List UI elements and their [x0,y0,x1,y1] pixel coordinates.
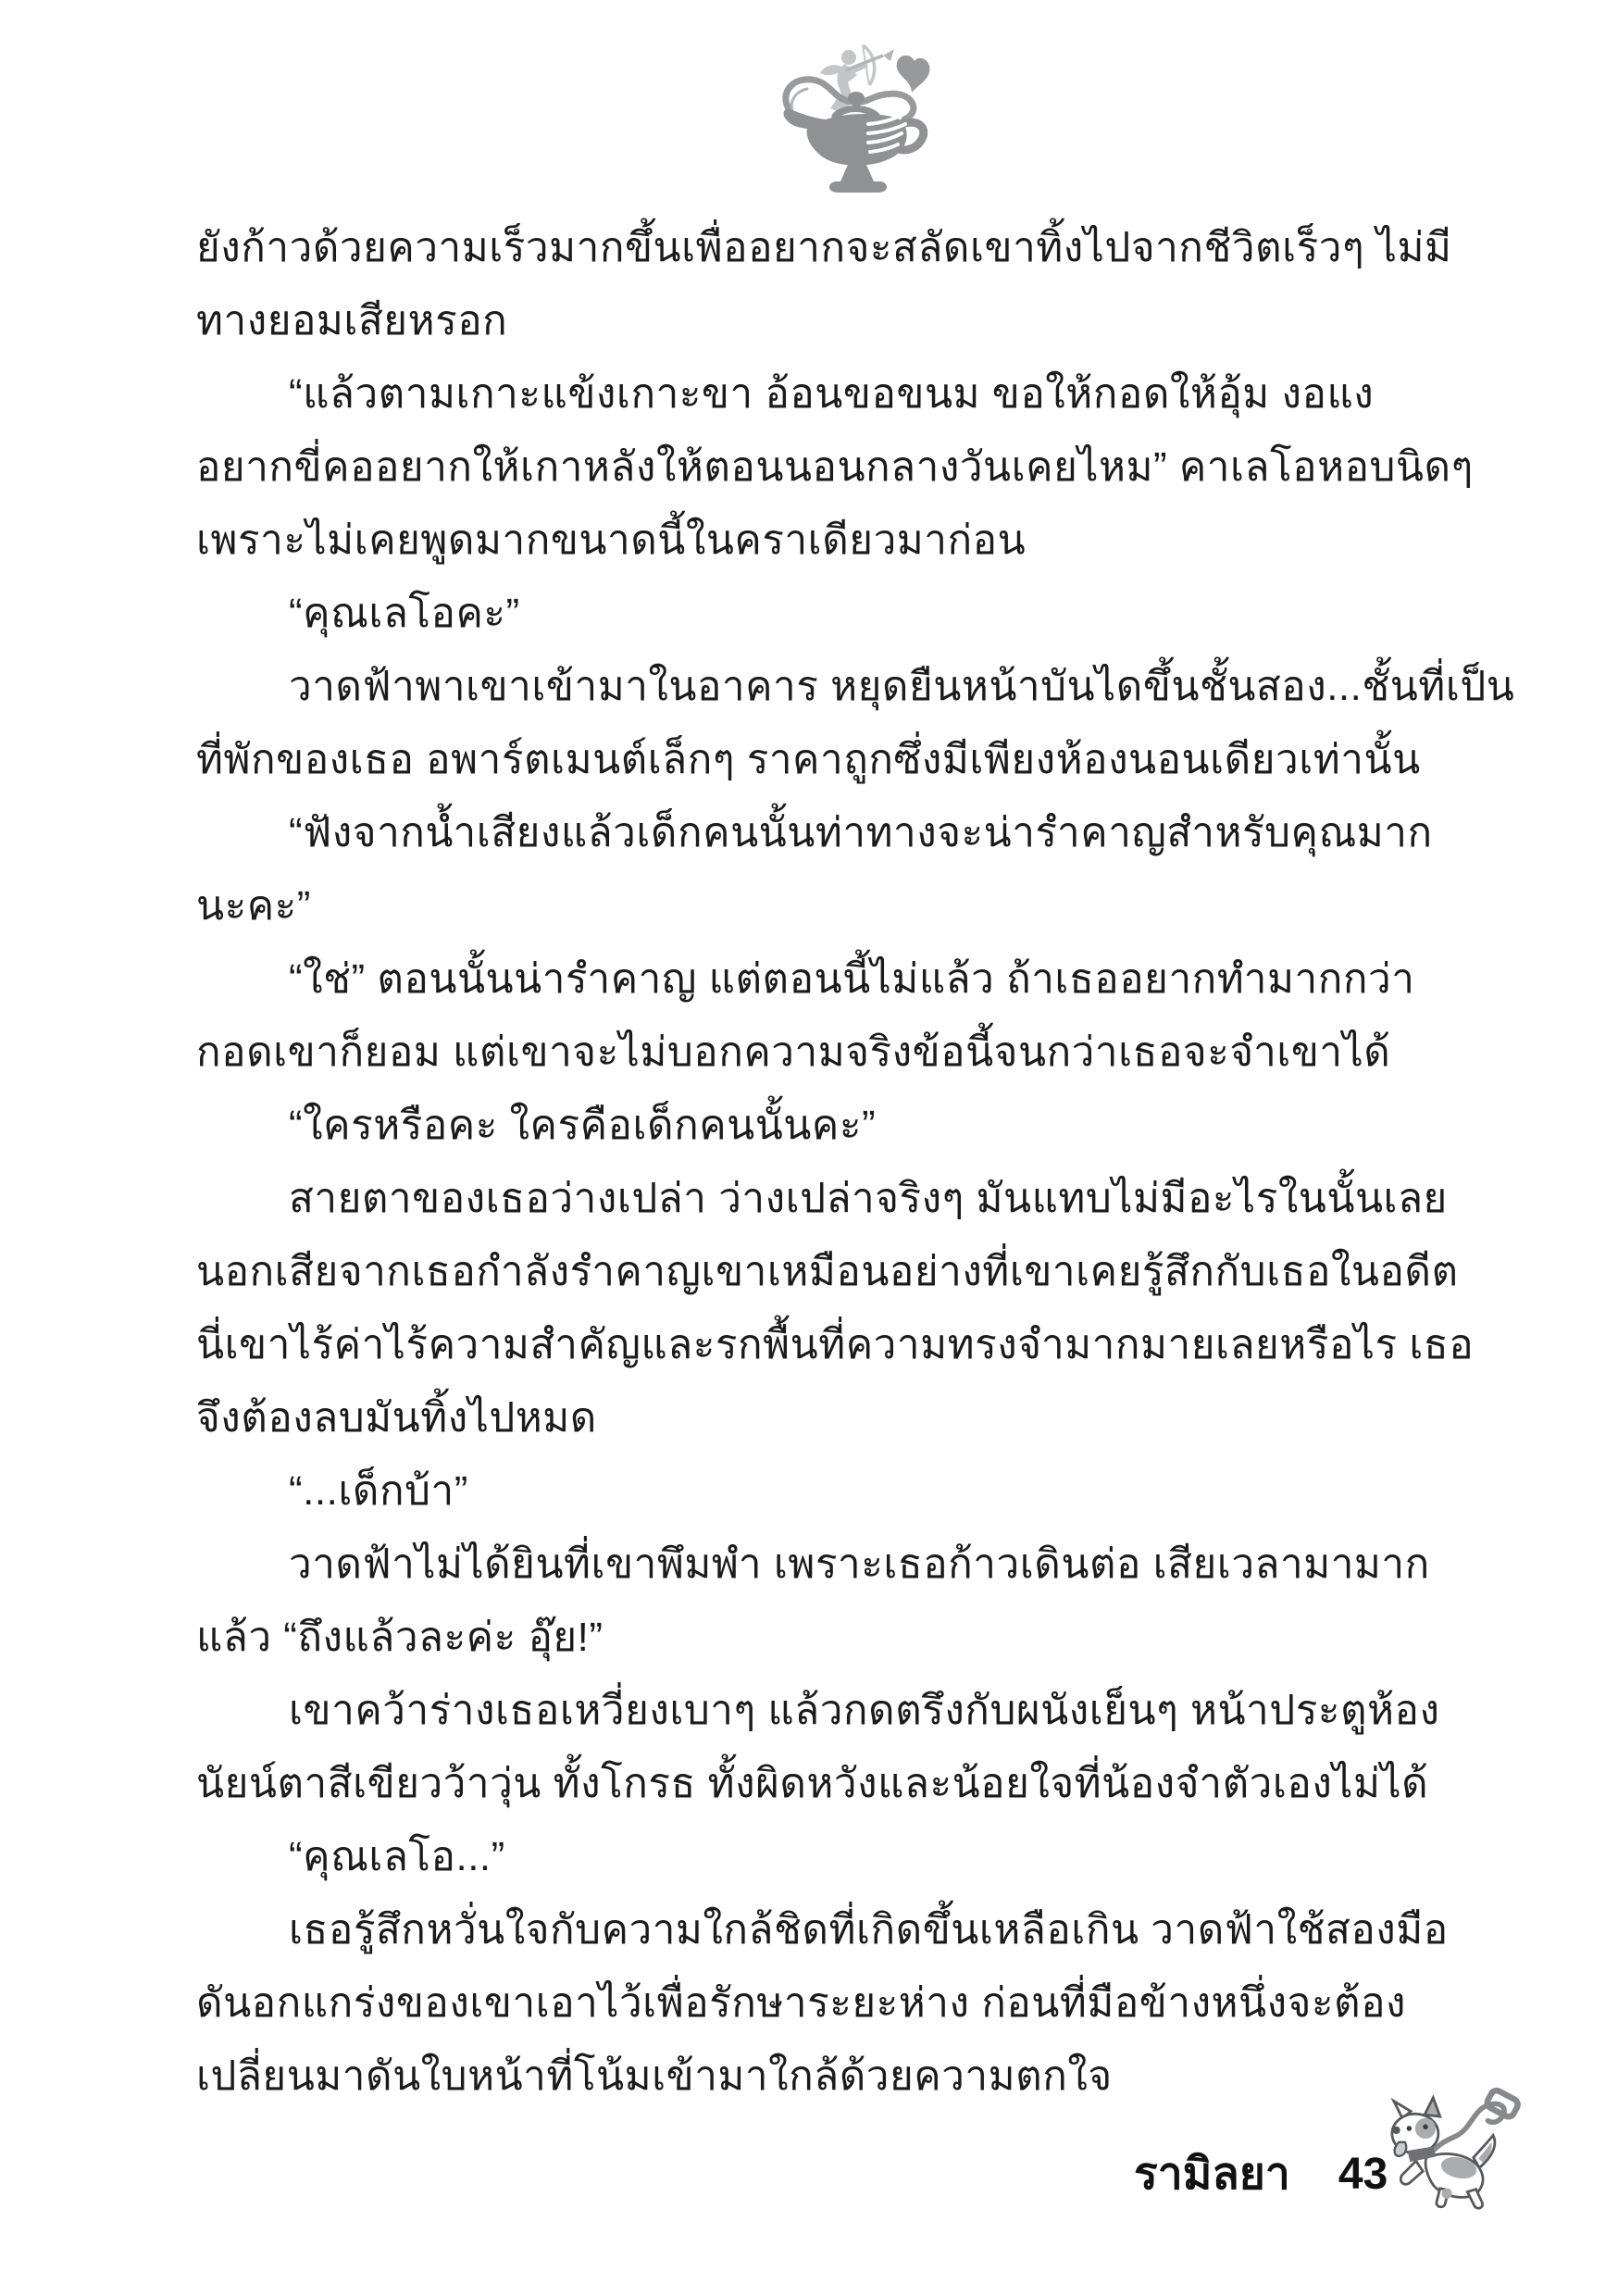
text-line: นะคะ” [196,869,1466,942]
body-text: ยังก้าวด้วยความเร็วมากขึ้นเพื่ออยากจะสลั… [196,211,1466,2113]
text-line: “ใครหรือคะ ใครคือเด็กคนนั้นคะ” [196,1089,1466,1162]
text-line: เขาคว้าร่างเธอเหวี่ยงเบาๆ แล้วกดตรึงกับผ… [196,1674,1466,1747]
text-line: “คุณเลโอ...” [196,1820,1466,1893]
text-line: อยากขี่คออยากให้เกาหลังให้ตอนนอนกลางวันเ… [196,430,1466,504]
text-line: “แล้วตามเกาะแข้งเกาะขา อ้อนขอขนม ขอให้กอ… [196,357,1466,430]
book-title: รามิลยา [1134,2139,1290,2209]
text-line: นี่เขาไร้ค่าไร้ความสำคัญและรกพื้นที่ความ… [196,1308,1466,1381]
text-line: เปลี่ยนมาดันใบหน้าที่โน้มเข้ามาใกล้ด้วยค… [196,2040,1466,2113]
text-line: แล้ว “ถึงแล้วละค่ะ อุ๊ย!” [196,1601,1466,1674]
page-footer: รามิลยา 43 [1134,2139,1388,2209]
text-line: ทางยอมเสียหรอก [196,284,1466,357]
text-line: “ใช่” ตอนนั้นน่ารำคาญ แต่ตอนนี้ไม่แล้ว ถ… [196,942,1466,1016]
text-line: “ฟังจากน้ำเสียงแล้วเด็กคนนั้นท่าทางจะน่า… [196,796,1466,869]
text-line: ยังก้าวด้วยความเร็วมากขึ้นเพื่ออยากจะสลั… [196,211,1466,284]
text-line: กอดเขาก็ยอม แต่เขาจะไม่บอกความจริงข้อนี้… [196,1016,1466,1089]
puppy-leash-icon [1368,2078,1539,2226]
text-line: สายตาของเธอว่างเปล่า ว่างเปล่าจริงๆ มันแ… [196,1162,1466,1235]
text-line: เพราะไม่เคยพูดมากขนาดนี้ในคราเดียวมาก่อน [196,504,1466,577]
book-page: ยังก้าวด้วยความเร็วมากขึ้นเพื่ออยากจะสลั… [0,0,1618,2296]
text-line: วาดฟ้าไม่ได้ยินที่เขาพึมพำ เพราะเธอก้าวเ… [196,1528,1466,1601]
text-line: “...เด็กบ้า” [196,1454,1466,1528]
text-line: ดันอกแกร่งของเขาเอาไว้เพื่อรักษาระยะห่าง… [196,1966,1466,2040]
text-line: นัยน์ตาสีเขียวว้าวุ่น ทั้งโกรธ ทั้งผิดหว… [196,1747,1466,1820]
text-line: ที่พักของเธอ อพาร์ตเมนต์เล็กๆ ราคาถูกซึ่… [196,723,1466,796]
genie-lamp-cupid-ornament-icon [779,43,946,200]
text-line: วาดฟ้าพาเขาเข้ามาในอาคาร หยุดยืนหน้าบันไ… [196,650,1466,723]
text-line: “คุณเลโอคะ” [196,577,1466,650]
text-line: เธอรู้สึกหวั่นใจกับความใกล้ชิดที่เกิดขึ้… [196,1893,1466,1966]
text-line: จึงต้องลบมันทิ้งไปหมด [196,1381,1466,1454]
text-line: นอกเสียจากเธอกำลังรำคาญเขาเหมือนอย่างที่… [196,1235,1466,1308]
